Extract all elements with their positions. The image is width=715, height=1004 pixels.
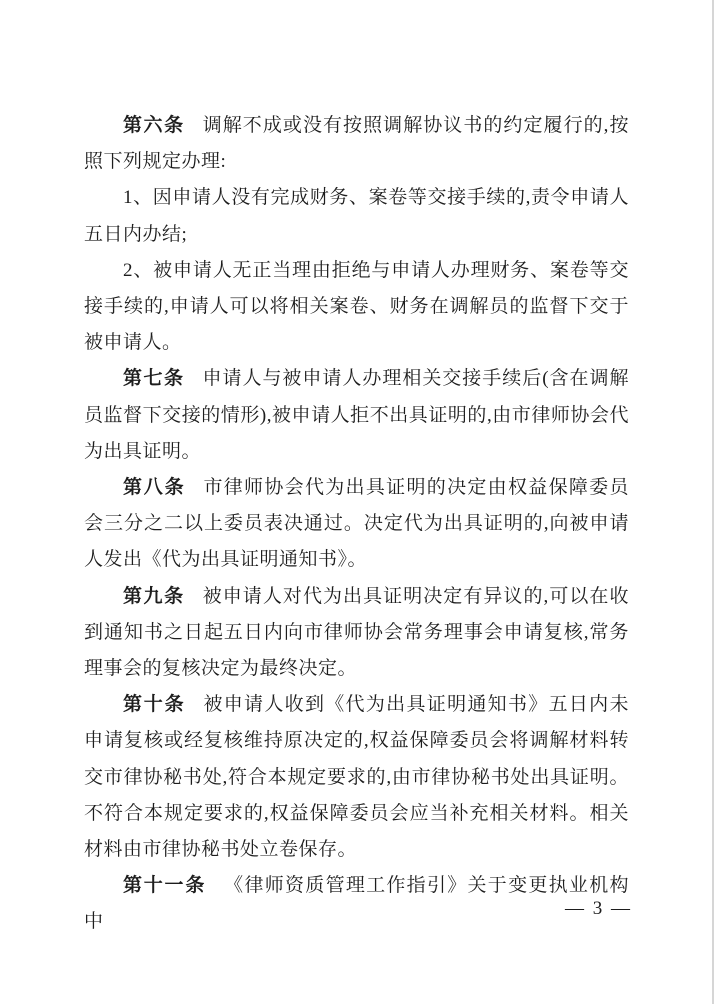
article-number: 第六条 — [123, 115, 185, 136]
document-paragraph: 第九条被申请人对代为出具证明决定有异议的,可以在收到通知书之日起五日内向市律师协… — [84, 579, 629, 688]
document-paragraph: 1、因申请人没有完成财务、案卷等交接手续的,责令申请人五日内办结; — [84, 180, 629, 252]
article-number: 第十一条 — [123, 875, 206, 896]
document-paragraph: 第八条市律师协会代为出具证明的决定由权益保障委员会三分之二以上委员表决通过。决定… — [84, 470, 629, 579]
document-paragraph: 第六条调解不成或没有按照调解协议书的约定履行的,按照下列规定办理: — [84, 108, 629, 180]
page-number: — 3 — — [565, 898, 632, 920]
document-paragraph: 第十一条《律师资质管理工作指引》关于变更执业机构中 — [84, 868, 629, 940]
scanned-document-page: 第六条调解不成或没有按照调解协议书的约定履行的,按照下列规定办理: 1、因申请人… — [0, 0, 715, 1004]
article-number: 第七条 — [123, 368, 184, 389]
paragraph-text: 1、因申请人没有完成财务、案卷等交接手续的,责令申请人五日内办结; — [84, 187, 629, 244]
article-number: 第十条 — [123, 694, 185, 715]
document-paragraph: 第十条被申请人收到《代为出具证明通知书》五日内未申请复核或经复核维持原决定的,权… — [84, 687, 629, 868]
scan-edge-line — [712, 0, 714, 1004]
paragraph-text: 2、被申请人无正当理由拒绝与申请人办理财务、案卷等交接手续的,申请人可以将相关案… — [84, 260, 629, 353]
article-number: 第九条 — [123, 586, 185, 607]
document-body: 第六条调解不成或没有按照调解协议书的约定履行的,按照下列规定办理: 1、因申请人… — [84, 108, 629, 941]
document-paragraph: 2、被申请人无正当理由拒绝与申请人办理财务、案卷等交接手续的,申请人可以将相关案… — [84, 253, 629, 362]
document-paragraph: 第七条申请人与被申请人办理相关交接手续后(含在调解员监督下交接的情形),被申请人… — [84, 361, 629, 470]
paragraph-text: 被申请人收到《代为出具证明通知书》五日内未申请复核或经复核维持原决定的,权益保障… — [84, 694, 629, 860]
article-number: 第八条 — [123, 477, 185, 498]
